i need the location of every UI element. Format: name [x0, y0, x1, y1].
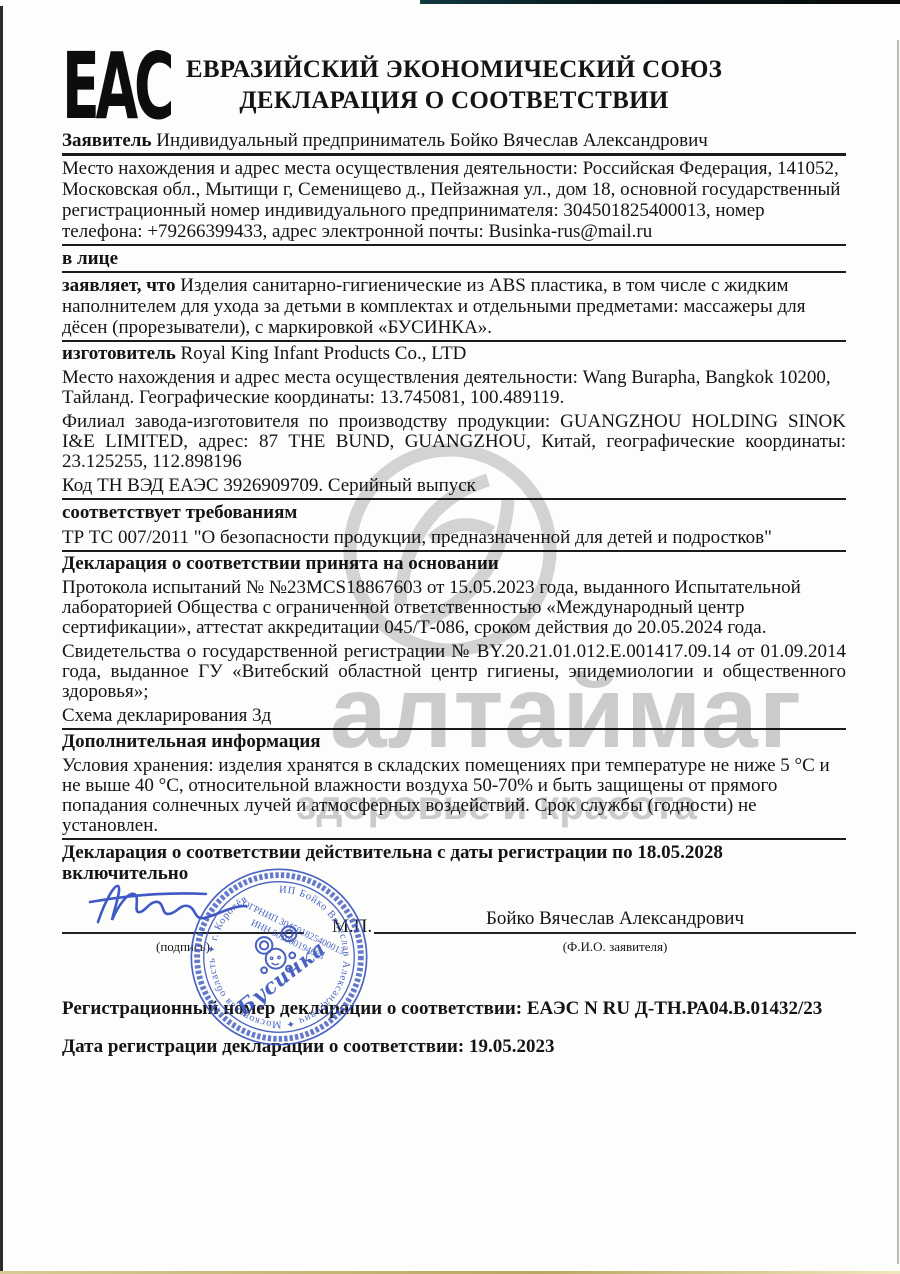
- stamp-ring-text: ИП Бойко Вячеслав Александрович ✦ Москов…: [206, 884, 351, 1029]
- basis-item-protocol: Протокола испытаний № №23MCS18867603 от …: [62, 576, 846, 640]
- applicant-fio: Бойко Вячеслав Александрович: [374, 908, 856, 929]
- additional-block: Дополнительная информация Условия хранен…: [62, 730, 846, 838]
- in-person-row: в лице: [62, 246, 846, 271]
- basis-item-certificate: Свидетельства о государственной регистра…: [62, 640, 846, 704]
- additional-label: Дополнительная информация: [62, 730, 846, 754]
- manufacturer-label: изготовитель: [62, 343, 176, 364]
- eac-logo: EAC: [62, 50, 170, 124]
- scan-edge-left: [0, 6, 3, 1274]
- manufacturer-branch: Филиал завода-изготовителя по производст…: [62, 410, 846, 474]
- scan-edge-top: [420, 0, 900, 4]
- declares-paragraph: заявляет, что Изделия санитарно-гигиенич…: [62, 273, 846, 340]
- signature-section: (подпись) М.П. Бойко Вячеслав Александро…: [62, 886, 846, 986]
- manufacturer-name: Royal King Infant Products Co., LTD: [181, 343, 467, 364]
- title-line-2: ДЕКЛАРАЦИЯ О СООТВЕТСТВИИ: [62, 85, 846, 116]
- round-stamp: ИП Бойко Вячеслав Александрович ✦ Москов…: [174, 866, 384, 1048]
- tn-ved-code: Код ТН ВЭД ЕАЭС 3926909709. Серийный вып…: [62, 474, 846, 498]
- complies-text: ТР ТС 007/2011 "О безопасности продукции…: [62, 525, 846, 550]
- basis-label: Декларация о соответствии принята на осн…: [62, 552, 846, 576]
- manufacturer-address: Место нахождения и адрес места осуществл…: [62, 366, 846, 410]
- basis-item-scheme: Схема декларирования 3д: [62, 704, 846, 728]
- document-content: EAC ЕВРАЗИЙСКИЙ ЭКОНОМИЧЕСКИЙ СОЮЗ ДЕКЛА…: [62, 48, 846, 1059]
- fio-line: [374, 932, 856, 934]
- svg-text:ИП Бойко Вячеслав Александрови: ИП Бойко Вячеслав Александрович ✦ Москов…: [206, 884, 351, 1029]
- complies-label: соответствует требованиям: [62, 500, 846, 525]
- scan-edge-right: [897, 40, 899, 1264]
- fio-caption: (Ф.И.О. заявителя): [374, 936, 856, 957]
- manufacturer-block: изготовитель Royal King Infant Products …: [62, 342, 846, 498]
- applicant-address: Место нахождения и адрес места осуществл…: [62, 156, 846, 244]
- additional-text: Условия хранения: изделия хранятся в скл…: [62, 754, 846, 838]
- manufacturer-row: изготовитель Royal King Infant Products …: [62, 342, 846, 366]
- document-title: ЕВРАЗИЙСКИЙ ЭКОНОМИЧЕСКИЙ СОЮЗ ДЕКЛАРАЦИ…: [62, 48, 846, 116]
- document-header: EAC ЕВРАЗИЙСКИЙ ЭКОНОМИЧЕСКИЙ СОЮЗ ДЕКЛА…: [62, 48, 846, 128]
- declares-label: заявляет, что: [62, 275, 176, 296]
- declaration-document: EAC ЕВРАЗИЙСКИЙ ЭКОНОМИЧЕСКИЙ СОЮЗ ДЕКЛА…: [0, 0, 900, 1274]
- title-line-1: ЕВРАЗИЙСКИЙ ЭКОНОМИЧЕСКИЙ СОЮЗ: [62, 54, 846, 85]
- applicant-value: Индивидуальный предприниматель Бойко Вяч…: [156, 130, 708, 151]
- basis-block: Декларация о соответствии принята на осн…: [62, 552, 846, 728]
- applicant-row: Заявитель Индивидуальный предприниматель…: [62, 128, 846, 153]
